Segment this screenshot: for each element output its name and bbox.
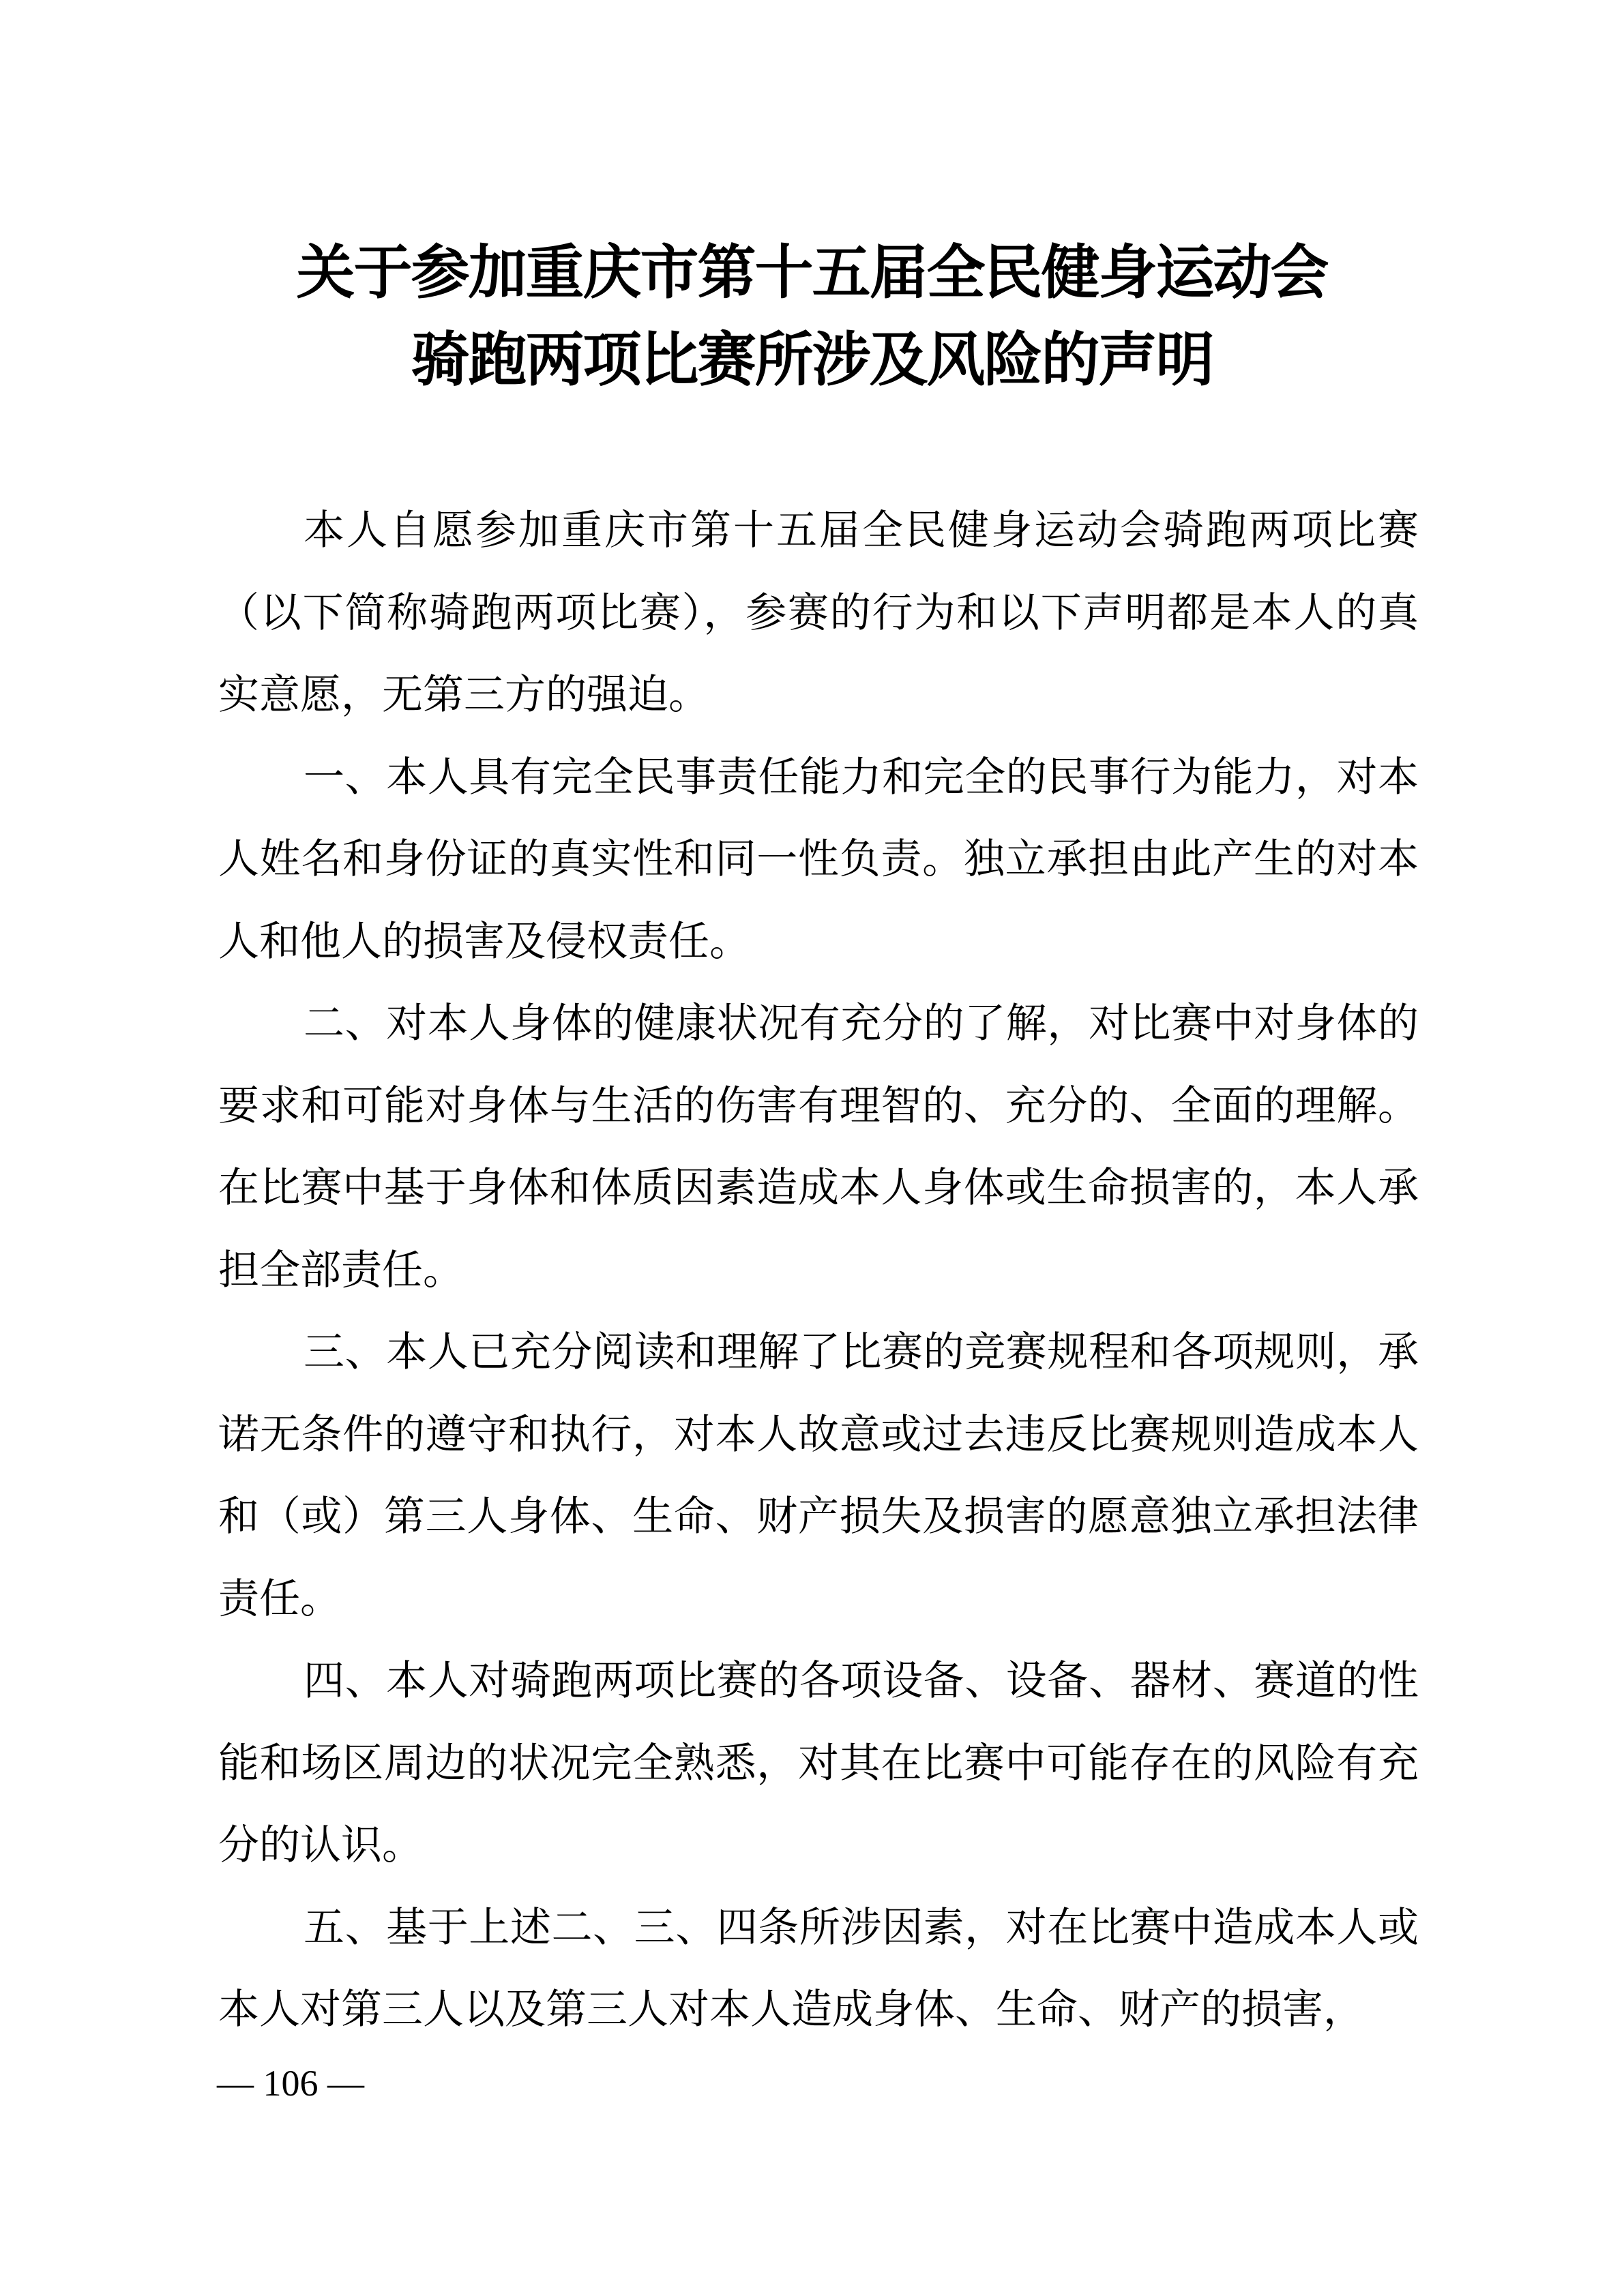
document-body: 本人自愿参加重庆市第十五届全民健身运动会骑跑两项比赛（以下简称骑跑两项比赛），参… [218, 490, 1419, 2051]
title-line-1: 关于参加重庆市第十五届全民健身运动会 [0, 229, 1624, 316]
document-page: 关于参加重庆市第十五届全民健身运动会 骑跑两项比赛所涉及风险的声明 本人自愿参加… [0, 0, 1624, 2296]
paragraph-clause-2: 二、对本人身体的健康状况有充分的了解，对比赛中对身体的要求和可能对身体与生活的伤… [218, 983, 1419, 1311]
paragraph-clause-3: 三、本人已充分阅读和理解了比赛的竞赛规程和各项规则，承诺无条件的遵守和执行，对本… [218, 1311, 1419, 1640]
paragraph-clause-4: 四、本人对骑跑两项比赛的各项设备、设备、器材、赛道的性能和场区周边的状况完全熟悉… [218, 1640, 1419, 1887]
paragraph-clause-1: 一、本人具有完全民事责任能力和完全的民事行为能力，对本人姓名和身份证的真实性和同… [218, 736, 1419, 983]
paragraph-clause-5: 五、基于上述二、三、四条所涉因素，对在比赛中造成本人或本人对第三人以及第三人对本… [218, 1887, 1419, 2051]
document-title: 关于参加重庆市第十五届全民健身运动会 骑跑两项比赛所涉及风险的声明 [0, 229, 1624, 404]
page-number: — 106 — [217, 2059, 364, 2107]
paragraph-intro: 本人自愿参加重庆市第十五届全民健身运动会骑跑两项比赛（以下简称骑跑两项比赛），参… [218, 490, 1419, 736]
title-line-2: 骑跑两项比赛所涉及风险的声明 [0, 316, 1624, 404]
